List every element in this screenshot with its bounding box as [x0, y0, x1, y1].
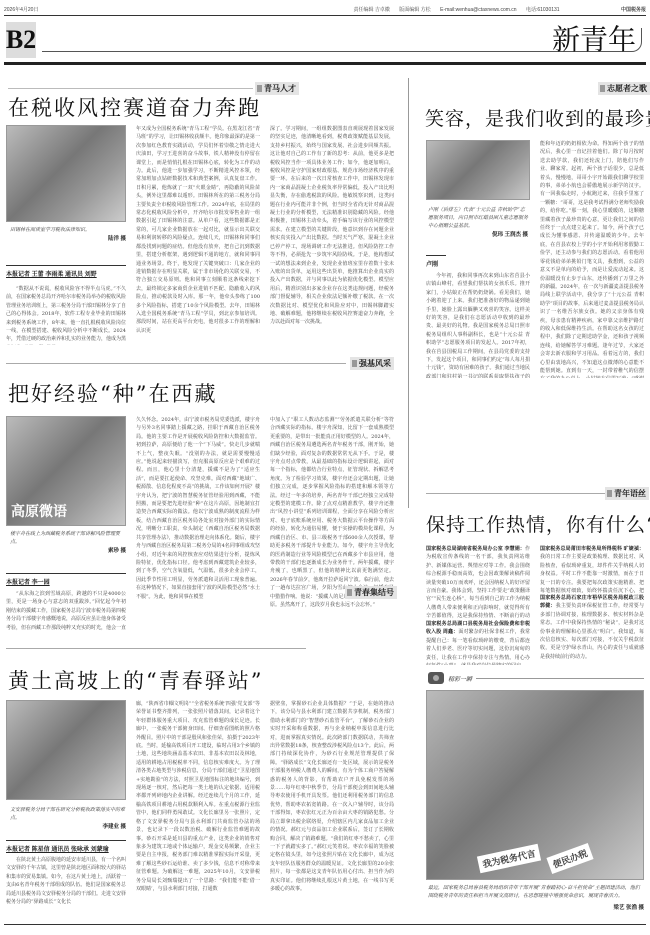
- photo-sign: 我为税务代言: [477, 844, 541, 874]
- photo-credit: 陆洋 摄: [10, 234, 126, 242]
- respondent-text: 作为税收宣传条线的一名干部，我负责网站维护、新媒体运营、舆情应对等工作。我会围绕…: [426, 546, 530, 620]
- photo-credit: 索珍 摄: [10, 546, 126, 554]
- top-rule: [4, 15, 646, 16]
- masthead-info-line: 2026年4月20日 责任编辑 吉卓徽 版面编辑 方松 E-mail:wenhu…: [4, 4, 646, 14]
- feature-photo: 我为税务代言 便民办税: [426, 690, 644, 880]
- header-bottom-rule: [4, 62, 646, 65]
- tag-label: 强基风采: [359, 358, 391, 369]
- section-tag-yusi: 青年语丝: [605, 487, 649, 500]
- article-photo: [6, 700, 126, 800]
- article-headline: 在税收风控赛道奋力奔跑: [8, 92, 261, 122]
- article-body-col1: “数据从不说谎，税收风险容不得半点马虎。”不久前，在国家税务总局开齐哈尔市税务局…: [6, 285, 126, 345]
- feature-credit: 梁艺 张渔 摄: [428, 903, 644, 911]
- article-body-col1: 在陕北黄土高原腹地的延安市延川县，有一个名叫文安驿的千年古镇，这里曾是陕北地区面…: [6, 856, 126, 922]
- respondent-name: 国家税务总局莆田市税务局所得税科 旷婕禎：: [540, 546, 644, 552]
- contact-email: E-mail:wenhua@ctaxnews.com.cn: [440, 7, 517, 13]
- section-title: 新青年: [552, 18, 636, 58]
- photo-feature-label: 精彩一瞬: [448, 674, 472, 683]
- bottom-rule: [4, 924, 646, 925]
- article-photo: [6, 125, 126, 222]
- layout-editor-name: 版面编辑 方松: [399, 7, 430, 13]
- article-body-col2: 能和年迈的奶奶相依为命。得知两个孩子的情况后，我心里一直记挂着他们。除了每月按时…: [540, 140, 644, 378]
- article-headline: 黄土高坡上的“青春驿站”: [8, 665, 263, 695]
- photo-credit: 倪玮 王润杰 摄: [428, 230, 528, 238]
- qa-entry: 国家税务总局湖南省税务局办公室 李慧娟：作为税收宣传条线的一名干部，我负责网站维…: [426, 545, 530, 620]
- photo-caption: 楼宇舟在线上为西藏税务系统干部讲解风险管理要点。: [10, 530, 126, 546]
- photo-caption: 卢刚（后排左）代表“十元公益 青秋助学”志愿服务项目，向日照市红蜡县困儿童志愿服…: [428, 206, 528, 230]
- article-body-col1: 今年初，我和同事再次来到山东省莒县小店镇山峰村，看望我们帮扶的女孩乐乐。推开家门…: [426, 272, 530, 378]
- article-headline: 保持工作热情，你有什么“秘诀”？: [426, 510, 650, 537]
- page-number: B2: [6, 22, 36, 58]
- section-tag-qingchun: 青春集结号: [345, 586, 397, 599]
- article-byline: 卢刚: [426, 255, 446, 268]
- respondent-name: 国家税务总局湖南省税务局办公室 李慧娟：: [426, 546, 525, 552]
- camera-icon: [428, 672, 444, 684]
- article-byline: 本报记者 陈星信 通讯员 张咏承 刘蒙瑜: [6, 840, 126, 853]
- article-headline: 笑容，是我们收到的最珍贵礼物: [425, 104, 650, 131]
- tag-label: 青年语丝: [614, 488, 646, 499]
- section-tag-qiangji: 强基风采: [350, 357, 394, 370]
- section-rule: [426, 493, 606, 494]
- article-body-col2: 廊，“陕西省巾帼文明岗”“全省税务系统‘四强’党支部”等荣誉证书整齐排列，一张张…: [136, 700, 260, 922]
- tag-rule: [8, 88, 253, 89]
- photo-credit: 李建业 摄: [10, 822, 126, 830]
- column-divider: [408, 78, 409, 508]
- article-photo: 高原微语: [6, 416, 126, 526]
- tag-label: 青马人才: [264, 83, 296, 94]
- photo-sign: 便民办税: [546, 843, 593, 874]
- respondent-text: 我主要负责环保税征管工作，经常要与多部门协调对接，梳理数据多、核实材料杂是常态。…: [540, 603, 644, 659]
- article-byline: 本报记者 王蕾 李雨柔 通讯员 刘野: [6, 265, 126, 278]
- tag-label: 志愿者之歌: [607, 83, 647, 94]
- tag-label: 青春集结号: [354, 587, 394, 598]
- editor-name: 责任编辑 吉卓徽: [354, 7, 390, 13]
- photo-caption: 田锡林在阅读室学习税收法律知识。: [10, 226, 126, 234]
- paper-name: 中国税务报: [621, 7, 646, 13]
- article-byline: 本报记者 李一园: [6, 573, 126, 586]
- respondent-text: 我的日常工作主要是政策梳理、数据比对、风险核查，看似琐碎重复，却件件关乎纳税人切…: [540, 554, 644, 593]
- editor-info: 责任编辑 吉卓徽 版面编辑 方松 E-mail:wenhua@ctaxnews.…: [346, 6, 647, 13]
- qa-entry: 国家税务总局石家庄市裕华区税务局税政三股 郭健：我主要负责环保税征管工作，经常要…: [540, 594, 644, 665]
- article-body-col2: 年又成为全国税务系统“青马工程”学员。在黑龙江省“青马班”的学习，让田锡林收获颇…: [136, 125, 260, 345]
- photo-caption: 文安驿税务分局干部在研究分析税收政策落实中的难点。: [10, 806, 126, 822]
- feature-caption: 最近，国家税务总局容县税务局组织青年干部开展“青春踏初心·奋斗担使命”主题团建活…: [428, 884, 644, 900]
- article-body-col2: 久久怀念。2024年，由宁波市税务局党委选派，楼宇舟与另外3名同事踏上援藏之路，…: [136, 416, 260, 632]
- article-body-col1: “从东海之滨到雪域高原，跨越的不只是4000公里，更是一场身心与意志的双重跋涉。…: [6, 590, 126, 632]
- article-body-col3: 据壁垒，掌握砂石企业具体数据？”于是，在她的推动下，该分局与县水利部门建立数据共…: [270, 700, 394, 922]
- article-body-col3: 深了。学习期间，一组组数据图表直观展现着国家发展的坚实足迹，他清晰地看到，税费政…: [270, 125, 394, 345]
- section-tag-qingma: 青马人才: [255, 82, 299, 95]
- section-rule: [6, 648, 306, 649]
- qa-entry: 国家税务总局莆田市税务局所得税科 旷婕禎：我的日常工作主要是政策梳理、数据比对、…: [540, 545, 644, 593]
- article-body-col3: 中加入了“职工人数动态监测”“劳务派遣关联分析”等符合西藏实际的指标。楼宇舟深知…: [270, 416, 394, 632]
- article-photo: [426, 140, 530, 200]
- photo-overlay-text: 高原微语: [7, 497, 71, 525]
- contact-phone: 电话:61030131: [526, 7, 560, 13]
- section-rule: [6, 363, 346, 364]
- issue-date: 2026年4月20日: [4, 6, 38, 13]
- article-headline: 把好经验“种”在西藏: [8, 378, 217, 408]
- section-tag-zhiyuan: 志愿者之歌: [598, 82, 650, 95]
- qa-entry: 国家税务总局湖口县税务局社会保险费和非税收入股 周鑫：面对繁杂的社保非税工作，我…: [426, 620, 530, 665]
- photo-feature-header: 精彩一瞬: [428, 672, 644, 684]
